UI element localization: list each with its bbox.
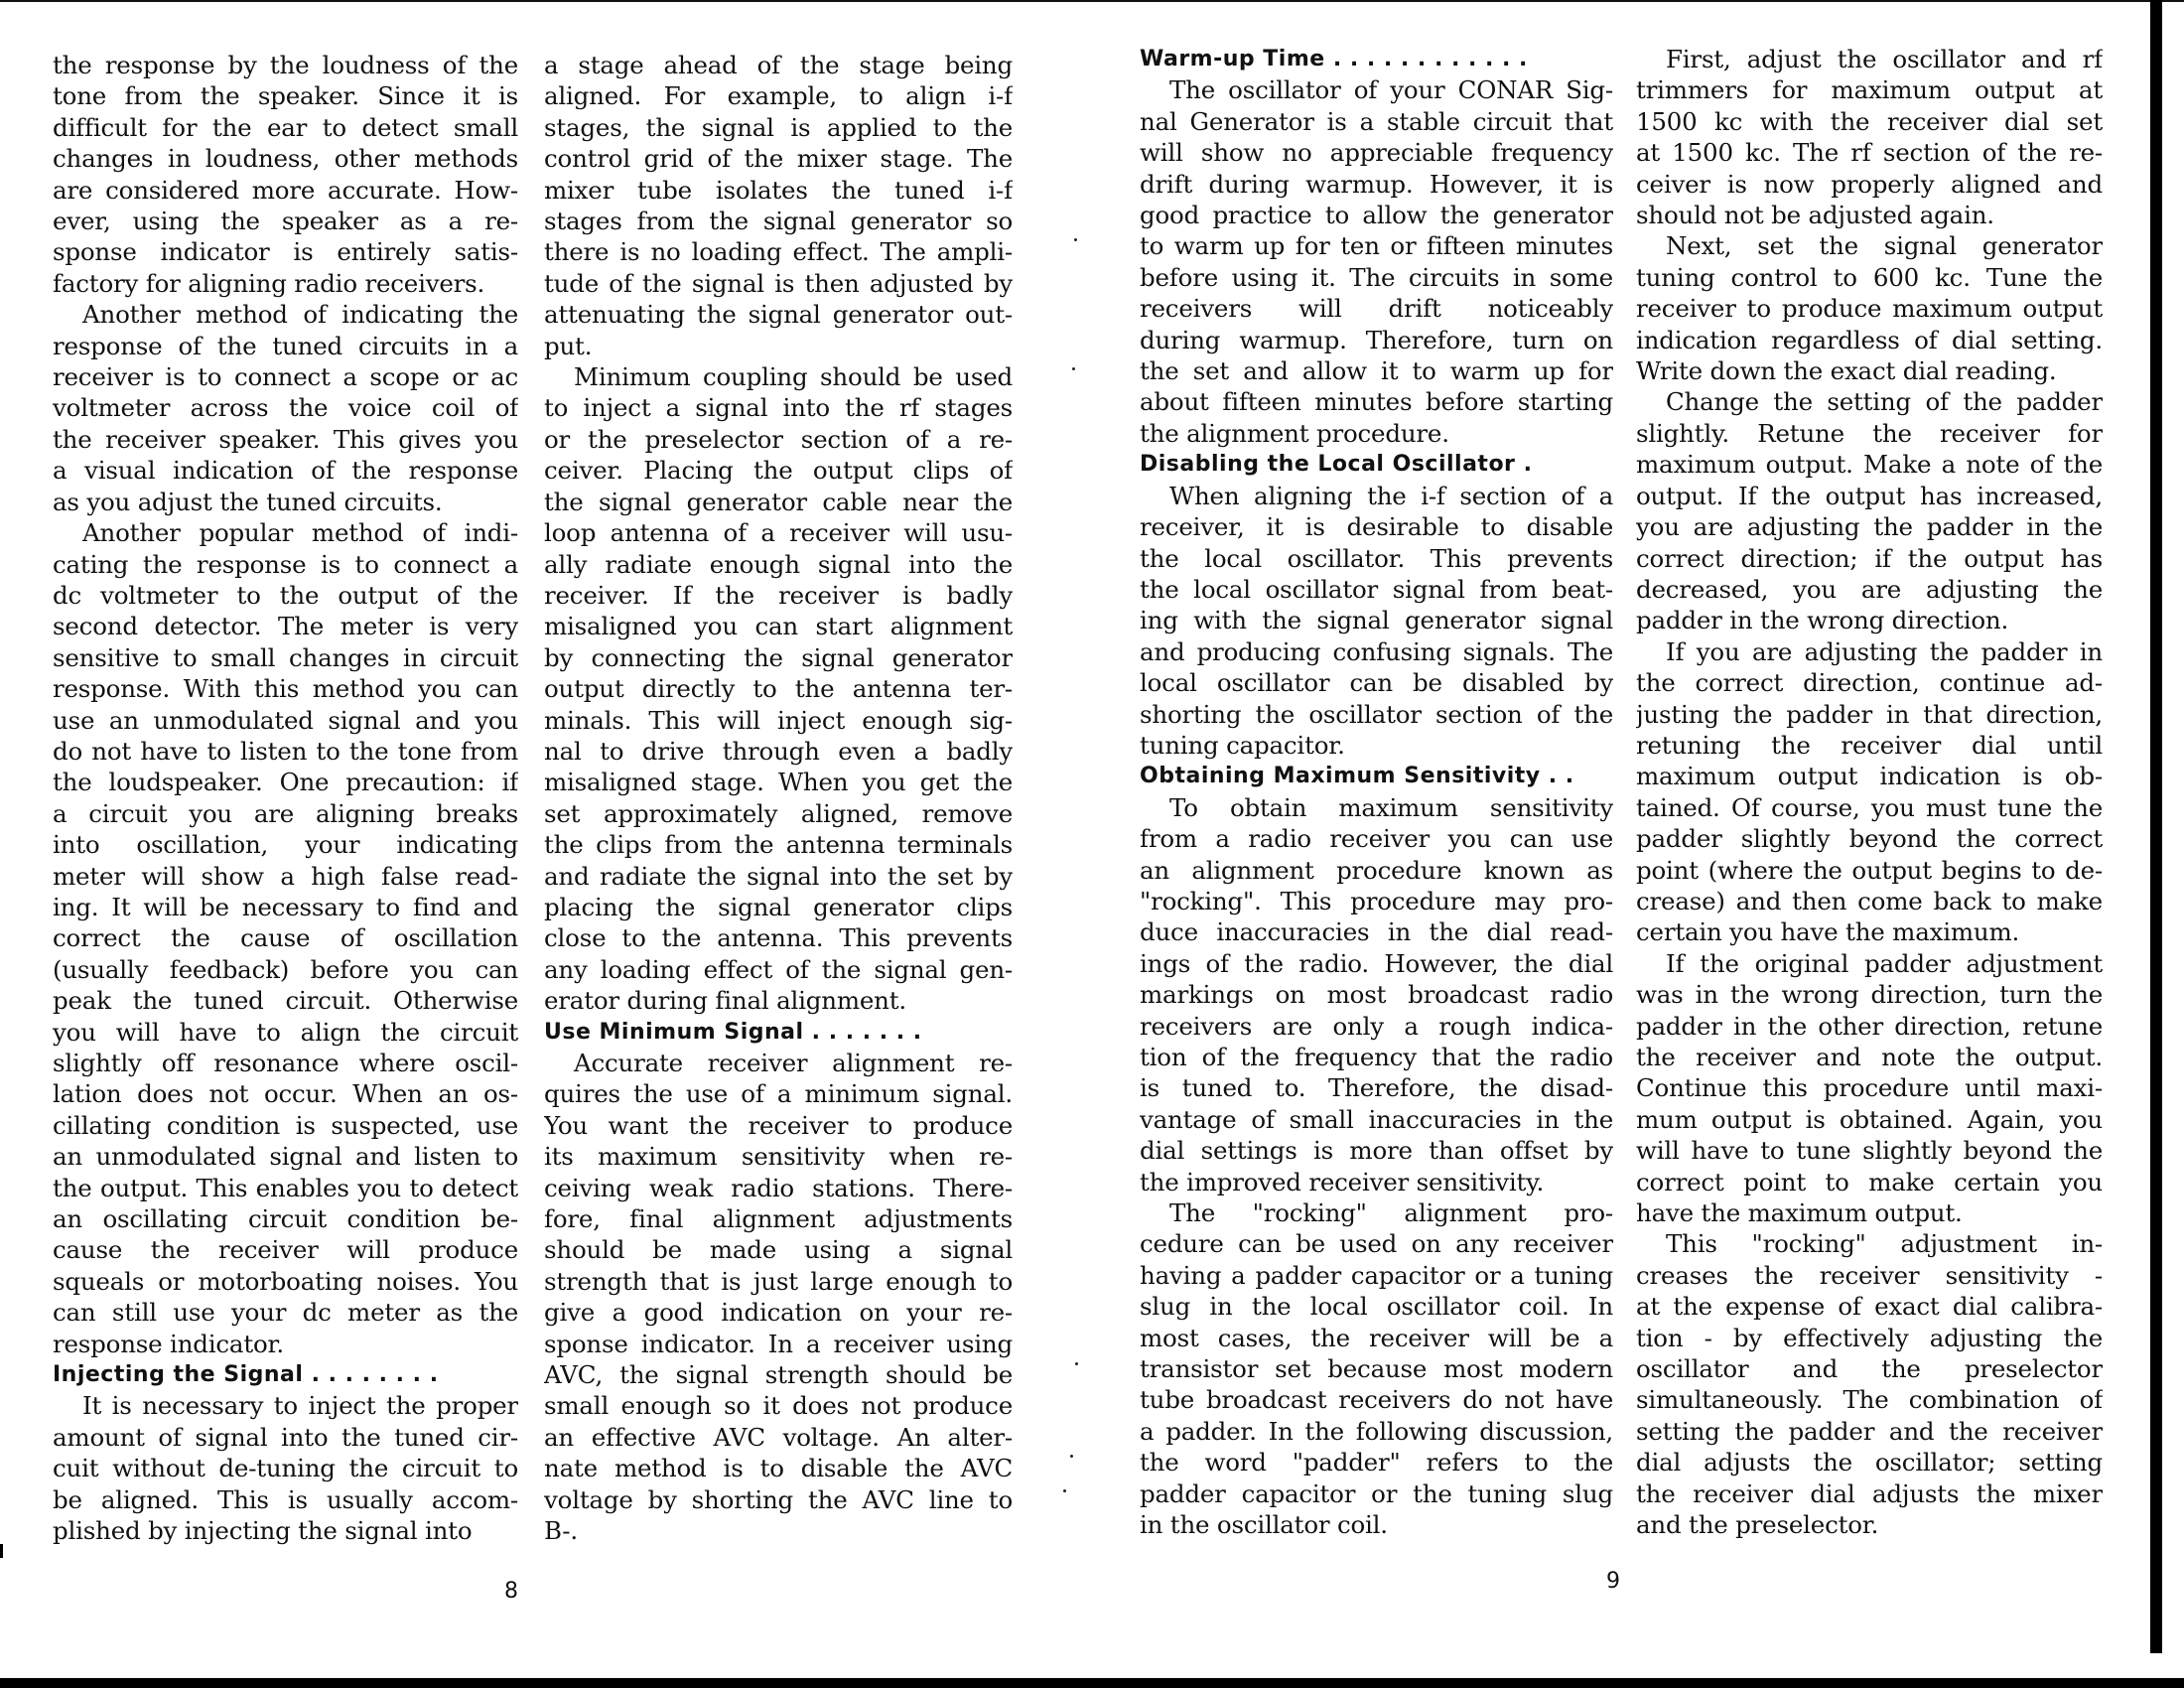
text-line: tion of the frequency that the radio bbox=[1140, 1042, 1613, 1072]
text-line: maximum output indication is ob- bbox=[1636, 761, 2103, 791]
text-line: the receiver dial adjusts the mixer bbox=[1636, 1478, 2103, 1509]
text-line: will show no appreciable frequency bbox=[1140, 137, 1613, 168]
binding-edge-shadow bbox=[2150, 0, 2162, 1653]
text-line: sensitive to small changes in circuit bbox=[53, 642, 518, 673]
text-line: the clips from the antenna terminals bbox=[544, 829, 1013, 860]
text-line: slightly off resonance where oscil- bbox=[53, 1048, 518, 1078]
text-line: its maximum sensitivity when re- bbox=[544, 1141, 1013, 1172]
scan-top-edge bbox=[0, 0, 2184, 2]
text-line: receiver is to connect a scope or ac bbox=[53, 361, 518, 392]
text-line: stages from the signal generator so bbox=[544, 206, 1013, 236]
text-line: tion - by effectively adjusting the bbox=[1636, 1323, 2103, 1353]
scan-speck bbox=[1070, 1455, 1073, 1458]
text-line: "rocking". This procedure may pro- bbox=[1140, 886, 1613, 916]
text-line: strength that is just large enough to bbox=[544, 1266, 1013, 1297]
text-line: receivers will drift noticeably bbox=[1140, 293, 1613, 324]
text-line: nal Generator is a stable circuit that bbox=[1140, 106, 1613, 137]
text-line: can still use your dc meter as the bbox=[53, 1297, 518, 1328]
text-line: placing the signal generator clips bbox=[544, 892, 1013, 922]
text-line: ceiver. Placing the output clips of bbox=[544, 455, 1013, 486]
text-line: voltmeter across the voice coil of bbox=[53, 392, 518, 423]
text-line: tuning control to 600 kc. Tune the bbox=[1636, 262, 2103, 293]
text-line: This "rocking" adjustment in- bbox=[1636, 1228, 2103, 1259]
text-line: It is necessary to inject the proper bbox=[53, 1390, 518, 1421]
text-line: meter will show a high false read- bbox=[53, 861, 518, 892]
text-line: a visual indication of the response bbox=[53, 455, 518, 486]
text-line: the improved receiver sensitivity. bbox=[1140, 1167, 1613, 1197]
paragraph: To obtain maximum sensitivityfrom a radi… bbox=[1140, 792, 1613, 1197]
text-line: before using it. The circuits in some bbox=[1140, 262, 1613, 293]
text-line: cating the response is to connect a bbox=[53, 549, 518, 580]
text-line: and producing confusing signals. The bbox=[1140, 636, 1613, 667]
text-line: response. With this method you can bbox=[53, 673, 518, 704]
text-line: dial settings is more than offset by bbox=[1140, 1135, 1613, 1166]
text-line: amount of signal into the tuned cir- bbox=[53, 1422, 518, 1453]
text-line: about fifteen minutes before starting bbox=[1140, 386, 1613, 417]
text-line: oscillator and the preselector bbox=[1636, 1353, 2103, 1384]
text-line: slightly. Retune the receiver for bbox=[1636, 418, 2103, 449]
text-line: the receiver speaker. This gives you bbox=[53, 424, 518, 455]
text-line: the correct direction, continue ad- bbox=[1636, 667, 2103, 698]
text-line: will have to tune slightly beyond the bbox=[1636, 1135, 2103, 1166]
text-line: receivers are only a rough indica- bbox=[1140, 1011, 1613, 1042]
text-line: Change the setting of the padder bbox=[1636, 386, 2103, 417]
text-line: into oscillation, your indicating bbox=[53, 829, 518, 860]
text-line: dc voltmeter to the output of the bbox=[53, 580, 518, 611]
text-line: tained. Of course, you must tune the bbox=[1636, 792, 2103, 823]
page-9-column-2: First, adjust the oscillator and rftrimm… bbox=[1636, 44, 2103, 1541]
text-line: attenuating the signal generator out- bbox=[544, 299, 1013, 330]
text-line: trimmers for maximum output at bbox=[1636, 74, 2103, 105]
paragraph: This "rocking" adjustment in-creases the… bbox=[1636, 1228, 2103, 1540]
paragraph: a stage ahead of the stage beingaligned.… bbox=[544, 50, 1013, 361]
text-line: receiver to produce maximum output bbox=[1636, 293, 2103, 324]
paragraph: Another popular method of indi-cating th… bbox=[53, 517, 518, 1359]
section-heading: Obtaining Maximum Sensitivity . . bbox=[1140, 761, 1613, 791]
scan-speck bbox=[1074, 238, 1077, 241]
text-line: should be made using a signal bbox=[544, 1234, 1013, 1265]
text-line: the receiver and note the output. bbox=[1636, 1042, 2103, 1072]
text-line: was in the wrong direction, turn the bbox=[1636, 979, 2103, 1010]
text-line: you will have to align the circuit bbox=[53, 1017, 518, 1048]
text-line: duce inaccuracies in the dial read- bbox=[1140, 916, 1613, 947]
text-line: most cases, the receiver will be a bbox=[1140, 1323, 1613, 1353]
text-line: correct point to make certain you bbox=[1636, 1167, 2103, 1197]
text-line: Accurate receiver alignment re- bbox=[544, 1048, 1013, 1078]
text-line: the alignment procedure. bbox=[1140, 418, 1613, 449]
text-line: cedure can be used on any receiver bbox=[1140, 1228, 1613, 1259]
text-line: cuit without de-tuning the circuit to bbox=[53, 1453, 518, 1483]
text-line: use an unmodulated signal and you bbox=[53, 705, 518, 736]
text-line: there is no loading effect. The ampli- bbox=[544, 236, 1013, 267]
text-line: loop antenna of a receiver will usu- bbox=[544, 517, 1013, 548]
text-line: the signal generator cable near the bbox=[544, 487, 1013, 517]
text-line: certain you have the maximum. bbox=[1636, 916, 2103, 947]
text-line: to warm up for ten or fifteen minutes bbox=[1140, 230, 1613, 261]
text-line: minals. This will inject enough sig- bbox=[544, 705, 1013, 736]
text-line: stages, the signal is applied to the bbox=[544, 112, 1013, 143]
text-line: be aligned. This is usually accom- bbox=[53, 1484, 518, 1515]
text-line: the response by the loudness of the bbox=[53, 50, 518, 80]
text-line: ever, using the speaker as a re- bbox=[53, 206, 518, 236]
scan-left-mark bbox=[0, 1544, 3, 1558]
scan-bottom-edge bbox=[0, 1678, 2184, 1688]
text-line: local oscillator can be disabled by bbox=[1140, 667, 1613, 698]
section-heading: Disabling the Local Oscillator . bbox=[1140, 449, 1613, 480]
text-line: Write down the exact dial reading. bbox=[1636, 355, 2103, 386]
text-line: padder capacitor or the tuning slug bbox=[1140, 1478, 1613, 1509]
text-line: mum output is obtained. Again, you bbox=[1636, 1104, 2103, 1135]
text-line: padder in the wrong direction. bbox=[1636, 605, 2103, 635]
text-line: point (where the output begins to de- bbox=[1636, 855, 2103, 886]
paragraph: The oscillator of your CONAR Sig-nal Gen… bbox=[1140, 74, 1613, 449]
text-line: output directly to the antenna ter- bbox=[544, 673, 1013, 704]
text-line: correct the cause of oscillation bbox=[53, 922, 518, 953]
text-line: response indicator. bbox=[53, 1329, 518, 1359]
text-line: as you adjust the tuned circuits. bbox=[53, 487, 518, 517]
text-line: the word "padder" refers to the bbox=[1140, 1447, 1613, 1477]
text-line: a stage ahead of the stage being bbox=[544, 50, 1013, 80]
text-line: Another method of indicating the bbox=[53, 299, 518, 330]
text-line: output. If the output has increased, bbox=[1636, 481, 2103, 511]
paragraph: The "rocking" alignment pro-cedure can b… bbox=[1140, 1197, 1613, 1540]
text-line: First, adjust the oscillator and rf bbox=[1636, 44, 2103, 74]
text-line: the set and allow it to warm up for bbox=[1140, 355, 1613, 386]
text-line: tude of the signal is then adjusted by bbox=[544, 268, 1013, 299]
text-line: sponse indicator. In a receiver using bbox=[544, 1329, 1013, 1359]
text-line: the loudspeaker. One precaution: if bbox=[53, 767, 518, 797]
text-line: drift during warmup. However, it is bbox=[1140, 169, 1613, 200]
text-line: slug in the local oscillator coil. In bbox=[1140, 1291, 1613, 1322]
text-line: by connecting the signal generator bbox=[544, 642, 1013, 673]
text-line: response of the tuned circuits in a bbox=[53, 331, 518, 361]
text-line: an unmodulated signal and listen to bbox=[53, 1141, 518, 1172]
text-line: close to the antenna. This prevents bbox=[544, 922, 1013, 953]
text-line: Continue this procedure until maxi- bbox=[1636, 1072, 2103, 1103]
text-line: put. bbox=[544, 331, 1013, 361]
section-heading: Use Minimum Signal . . . . . . . bbox=[544, 1017, 1013, 1048]
paragraph: the response by the loudness of thetone … bbox=[53, 50, 518, 299]
text-line: voltage by shorting the AVC line to bbox=[544, 1484, 1013, 1515]
text-line: setting the padder and the receiver bbox=[1636, 1416, 2103, 1447]
paragraph: Minimum coupling should be usedto inject… bbox=[544, 361, 1013, 1017]
text-line: You want the receiver to produce bbox=[544, 1110, 1013, 1141]
text-line: an oscillating circuit condition be- bbox=[53, 1203, 518, 1234]
text-line: When aligning the i-f section of a bbox=[1140, 481, 1613, 511]
text-line: The oscillator of your CONAR Sig- bbox=[1140, 74, 1613, 105]
text-line: quires the use of a minimum signal. bbox=[544, 1078, 1013, 1109]
scan-speck bbox=[1072, 367, 1075, 370]
scan-speck bbox=[1075, 1362, 1078, 1365]
text-line: factory for aligning radio receivers. bbox=[53, 268, 518, 299]
text-line: indication regardless of dial setting. bbox=[1636, 325, 2103, 355]
paragraph: Next, set the signal generatortuning con… bbox=[1636, 230, 2103, 386]
text-line: justing the padder in that direction, bbox=[1636, 699, 2103, 730]
text-line: simultaneously. The combination of bbox=[1636, 1384, 2103, 1415]
text-line: in the oscillator coil. bbox=[1140, 1509, 1613, 1540]
text-line: is tuned to. Therefore, the disad- bbox=[1140, 1072, 1613, 1103]
page-8-column-2: a stage ahead of the stage beingaligned.… bbox=[544, 50, 1013, 1547]
text-line: fore, final alignment adjustments bbox=[544, 1203, 1013, 1234]
text-line: markings on most broadcast radio bbox=[1140, 979, 1613, 1010]
text-line: during warmup. Therefore, turn on bbox=[1140, 325, 1613, 355]
text-line: nate method is to disable the AVC bbox=[544, 1453, 1013, 1483]
text-line: ceiver is now properly aligned and bbox=[1636, 169, 2103, 200]
scan-speck bbox=[1063, 1489, 1066, 1492]
text-line: shorting the oscillator section of the bbox=[1140, 699, 1613, 730]
text-line: Next, set the signal generator bbox=[1636, 230, 2103, 261]
text-line: squeals or motorboating noises. You bbox=[53, 1266, 518, 1297]
text-line: ing with the signal generator signal bbox=[1140, 605, 1613, 635]
page-number-left: 8 bbox=[504, 1579, 518, 1604]
paragraph: If the original padder adjustmentwas in … bbox=[1636, 948, 2103, 1229]
text-line: tube broadcast receivers do not have bbox=[1140, 1384, 1613, 1415]
text-line: should not be adjusted again. bbox=[1636, 200, 2103, 230]
text-line: decreased, you are adjusting the bbox=[1636, 574, 2103, 605]
text-line: plished by injecting the signal into bbox=[53, 1515, 518, 1546]
text-line: receiver. If the receiver is badly bbox=[544, 580, 1013, 611]
text-line: cause the receiver will produce bbox=[53, 1234, 518, 1265]
text-line: and radiate the signal into the set by bbox=[544, 861, 1013, 892]
text-line: retuning the receiver dial until bbox=[1636, 730, 2103, 761]
text-line: an alignment procedure known as bbox=[1140, 855, 1613, 886]
text-line: the local oscillator signal from beat- bbox=[1140, 574, 1613, 605]
text-line: Minimum coupling should be used bbox=[544, 361, 1013, 392]
paragraph: If you are adjusting the padder inthe co… bbox=[1636, 636, 2103, 948]
text-line: difficult for the ear to detect small bbox=[53, 112, 518, 143]
text-line: the local oscillator. This prevents bbox=[1140, 543, 1613, 574]
text-line: cillating condition is suspected, use bbox=[53, 1110, 518, 1141]
text-line: second detector. The meter is very bbox=[53, 611, 518, 641]
page-8-column-1: the response by the loudness of thetone … bbox=[53, 50, 518, 1547]
text-line: dial adjusts the oscillator; setting bbox=[1636, 1447, 2103, 1477]
text-line: aligned. For example, to align i-f bbox=[544, 80, 1013, 111]
text-line: The "rocking" alignment pro- bbox=[1140, 1197, 1613, 1228]
paragraph: First, adjust the oscillator and rftrimm… bbox=[1636, 44, 2103, 230]
text-line: an effective AVC voltage. An alter- bbox=[544, 1422, 1013, 1453]
page-number-right: 9 bbox=[1606, 1569, 1620, 1594]
text-line: If the original padder adjustment bbox=[1636, 948, 2103, 979]
text-line: tone from the speaker. Since it is bbox=[53, 80, 518, 111]
text-line: small enough so it does not produce bbox=[544, 1390, 1013, 1421]
text-line: at 1500 kc. The rf section of the re- bbox=[1636, 137, 2103, 168]
text-line: or the preselector section of a re- bbox=[544, 424, 1013, 455]
text-line: good practice to allow the generator bbox=[1140, 200, 1613, 230]
text-line: ally radiate enough signal into the bbox=[544, 549, 1013, 580]
text-line: give a good indication on your re- bbox=[544, 1297, 1013, 1328]
section-heading: Warm-up Time . . . . . . . . . . . . bbox=[1140, 44, 1613, 74]
paragraph: Another method of indicating theresponse… bbox=[53, 299, 518, 517]
text-line: a padder. In the following discussion, bbox=[1140, 1416, 1613, 1447]
text-line: maximum output. Make a note of the bbox=[1636, 449, 2103, 480]
text-line: receiver, it is desirable to disable bbox=[1140, 511, 1613, 542]
text-line: set approximately aligned, remove bbox=[544, 798, 1013, 829]
text-line: correct direction; if the output has bbox=[1636, 543, 2103, 574]
text-line: nal to drive through even a badly bbox=[544, 736, 1013, 767]
text-line: Another popular method of indi- bbox=[53, 517, 518, 548]
text-line: control grid of the mixer stage. The bbox=[544, 143, 1013, 174]
text-line: any loading effect of the signal gen- bbox=[544, 954, 1013, 985]
text-line: ings of the radio. However, the dial bbox=[1140, 948, 1613, 979]
text-line: ceiving weak radio stations. There- bbox=[544, 1173, 1013, 1203]
text-line: If you are adjusting the padder in bbox=[1636, 636, 2103, 667]
paragraph: Accurate receiver alignment re-quires th… bbox=[544, 1048, 1013, 1547]
text-line: AVC, the signal strength should be bbox=[544, 1359, 1013, 1390]
text-line: vantage of small inaccuracies in the bbox=[1140, 1104, 1613, 1135]
text-line: To obtain maximum sensitivity bbox=[1140, 792, 1613, 823]
text-line: changes in loudness, other methods bbox=[53, 143, 518, 174]
text-line: creases the receiver sensitivity - bbox=[1636, 1260, 2103, 1291]
section-heading: Injecting the Signal . . . . . . . . bbox=[53, 1359, 518, 1390]
text-line: misaligned stage. When you get the bbox=[544, 767, 1013, 797]
text-line: (usually feedback) before you can bbox=[53, 954, 518, 985]
text-line: you are adjusting the padder in the bbox=[1636, 511, 2103, 542]
paragraph: It is necessary to inject the properamou… bbox=[53, 1390, 518, 1546]
text-line: misaligned you can start alignment bbox=[544, 611, 1013, 641]
text-line: mixer tube isolates the tuned i-f bbox=[544, 175, 1013, 206]
text-line: transistor set because most modern bbox=[1140, 1353, 1613, 1384]
text-line: lation does not occur. When an os- bbox=[53, 1078, 518, 1109]
page-9-column-1: Warm-up Time . . . . . . . . . . . .The … bbox=[1140, 44, 1613, 1541]
text-line: padder slightly beyond the correct bbox=[1636, 823, 2103, 854]
text-line: a circuit you are aligning breaks bbox=[53, 798, 518, 829]
text-line: from a radio receiver you can use bbox=[1140, 823, 1613, 854]
text-line: erator during final alignment. bbox=[544, 985, 1013, 1016]
text-line: to inject a signal into the rf stages bbox=[544, 392, 1013, 423]
text-line: the output. This enables you to detect bbox=[53, 1173, 518, 1203]
text-line: crease) and then come back to make bbox=[1636, 886, 2103, 916]
text-line: at the expense of exact dial calibra- bbox=[1636, 1291, 2103, 1322]
text-line: peak the tuned circuit. Otherwise bbox=[53, 985, 518, 1016]
text-line: tuning capacitor. bbox=[1140, 730, 1613, 761]
text-line: ing. It will be necessary to find and bbox=[53, 892, 518, 922]
text-line: have the maximum output. bbox=[1636, 1197, 2103, 1228]
text-line: sponse indicator is entirely satis- bbox=[53, 236, 518, 267]
paragraph: When aligning the i-f section of areceiv… bbox=[1140, 481, 1613, 762]
text-line: padder in the other direction, retune bbox=[1636, 1011, 2103, 1042]
text-line: B-. bbox=[544, 1515, 1013, 1546]
paragraph: Change the setting of the padderslightly… bbox=[1636, 386, 2103, 635]
text-line: are considered more accurate. How- bbox=[53, 175, 518, 206]
text-line: and the preselector. bbox=[1636, 1509, 2103, 1540]
text-line: having a padder capacitor or a tuning bbox=[1140, 1260, 1613, 1291]
text-line: do not have to listen to the tone from bbox=[53, 736, 518, 767]
text-line: 1500 kc with the receiver dial set bbox=[1636, 106, 2103, 137]
